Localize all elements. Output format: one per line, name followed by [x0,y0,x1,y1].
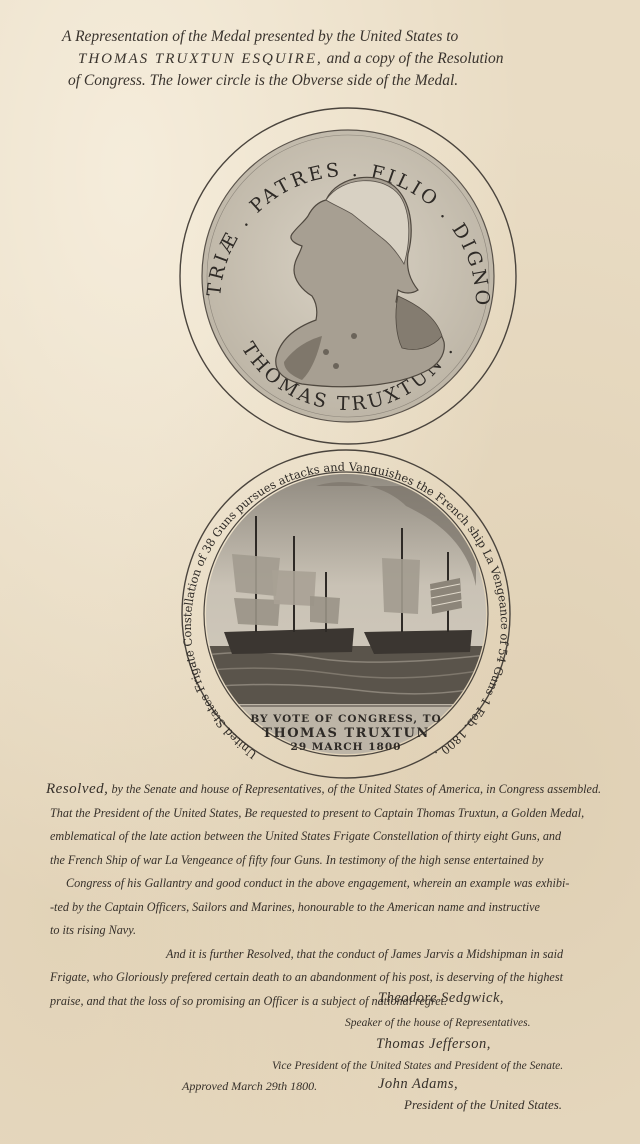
heading-line-1: A Representation of the Medal presented … [62,26,622,48]
speaker-signature: Theodore Sedgwick, [378,990,504,1007]
resolution-line: to its rising Navy. [46,919,626,943]
battle-medal-engraving: BY VOTE OF CONGRESS, TO THOMAS TRUXTUN 2… [176,446,516,782]
congressional-resolution: Resolved, by the Senate and house of Rep… [46,778,626,1013]
document-page: A Representation of the Medal presented … [0,0,640,1144]
resolution-line: -ted by the Captain Officers, Sailors an… [46,896,626,920]
further-resolution-line: praise, and that the loss of so promisin… [46,990,626,1014]
further-resolution-line: Frigate, who Gloriously prefered certain… [46,966,626,990]
vice-president-title: Vice President of the United States and … [272,1060,563,1072]
heading-line-2-rest: and a copy of the Resolution [323,50,504,67]
banner-line-3: 29 MARCH 1800 [291,741,402,753]
portrait-medal-engraving: PATRIÆ . PATRES . FILIO . DIGNO . THOMAS… [176,104,520,448]
approval-date: Approved March 29th 1800. [182,1079,317,1094]
president-title: President of the United States. [404,1097,562,1113]
banner-line-1: BY VOTE OF CONGRESS, TO [250,713,441,725]
plate-heading: A Representation of the Medal presented … [62,26,622,92]
banner-line-2: THOMAS TRUXTUN [262,726,429,741]
upper-medal-portrait: PATRIÆ . PATRES . FILIO . DIGNO . THOMAS… [176,104,520,448]
resolution-line: the French Ship of war La Vengeance of f… [46,849,626,873]
lower-medal-battle: BY VOTE OF CONGRESS, TO THOMAS TRUXTUN 2… [176,446,516,782]
heading-line-2: THOMAS TRUXTUN ESQUIRE, and a copy of th… [62,48,622,70]
heading-recipient: THOMAS TRUXTUN ESQUIRE, [78,51,323,67]
heading-line-3: of Congress. The lower circle is the Obv… [62,70,622,92]
resolution-line: Congress of his Gallantry and good condu… [46,872,626,896]
president-signature: John Adams, [378,1076,458,1093]
resolution-line: emblematical of the late action between … [46,825,626,849]
resolution-line: That the President of the United States,… [46,802,626,826]
resolution-line: Resolved, by the Senate and house of Rep… [46,778,626,802]
vice-president-signature: Thomas Jefferson, [376,1036,491,1053]
further-resolution-line: And it is further Resolved, that the con… [46,943,626,967]
speaker-title: Speaker of the house of Representatives. [345,1017,530,1029]
